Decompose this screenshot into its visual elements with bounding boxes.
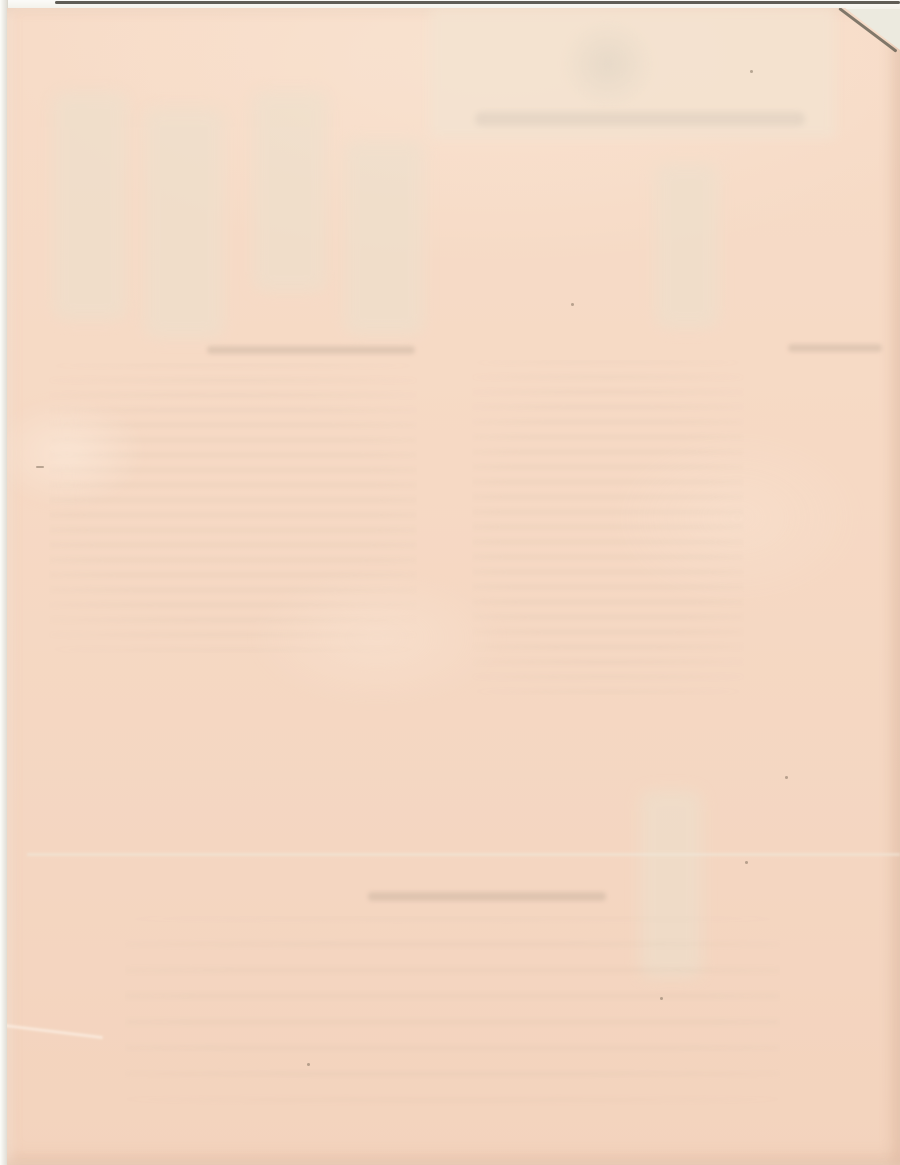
paper-sheen [607,428,867,608]
ghost-bottle-3 [253,92,327,292]
ghost-text-bottom-block [125,916,780,1106]
paper-sheen [247,568,507,708]
paper-speck [750,70,753,73]
scanner-edge-left [0,0,8,1165]
scanner-top-dark-line [55,1,900,4]
ghost-bottle-top-right [655,163,719,328]
paper-speck [36,466,44,468]
ghost-bottle-4 [344,140,424,335]
ghost-emblem [562,20,654,108]
paper-speck [307,1063,310,1066]
paper-speck [745,861,748,864]
paper-speck [571,303,574,306]
paper-speck [660,997,663,1000]
paper-speck [785,776,788,779]
paper-sheet [7,8,900,1165]
ghost-banner-line [475,112,805,126]
ghost-heading-right-margin [788,344,882,352]
ghost-bottle-1 [53,92,127,320]
paper-sheen [0,398,147,508]
ghost-heading-bottom-block [368,892,606,901]
faint-divider-line [27,853,900,856]
ghost-bottle-2 [144,108,224,338]
paper-wrinkle [3,1024,103,1039]
scanner-edge-top [0,0,900,9]
ghost-heading-left-column [207,346,415,354]
scanned-page [0,0,900,1165]
